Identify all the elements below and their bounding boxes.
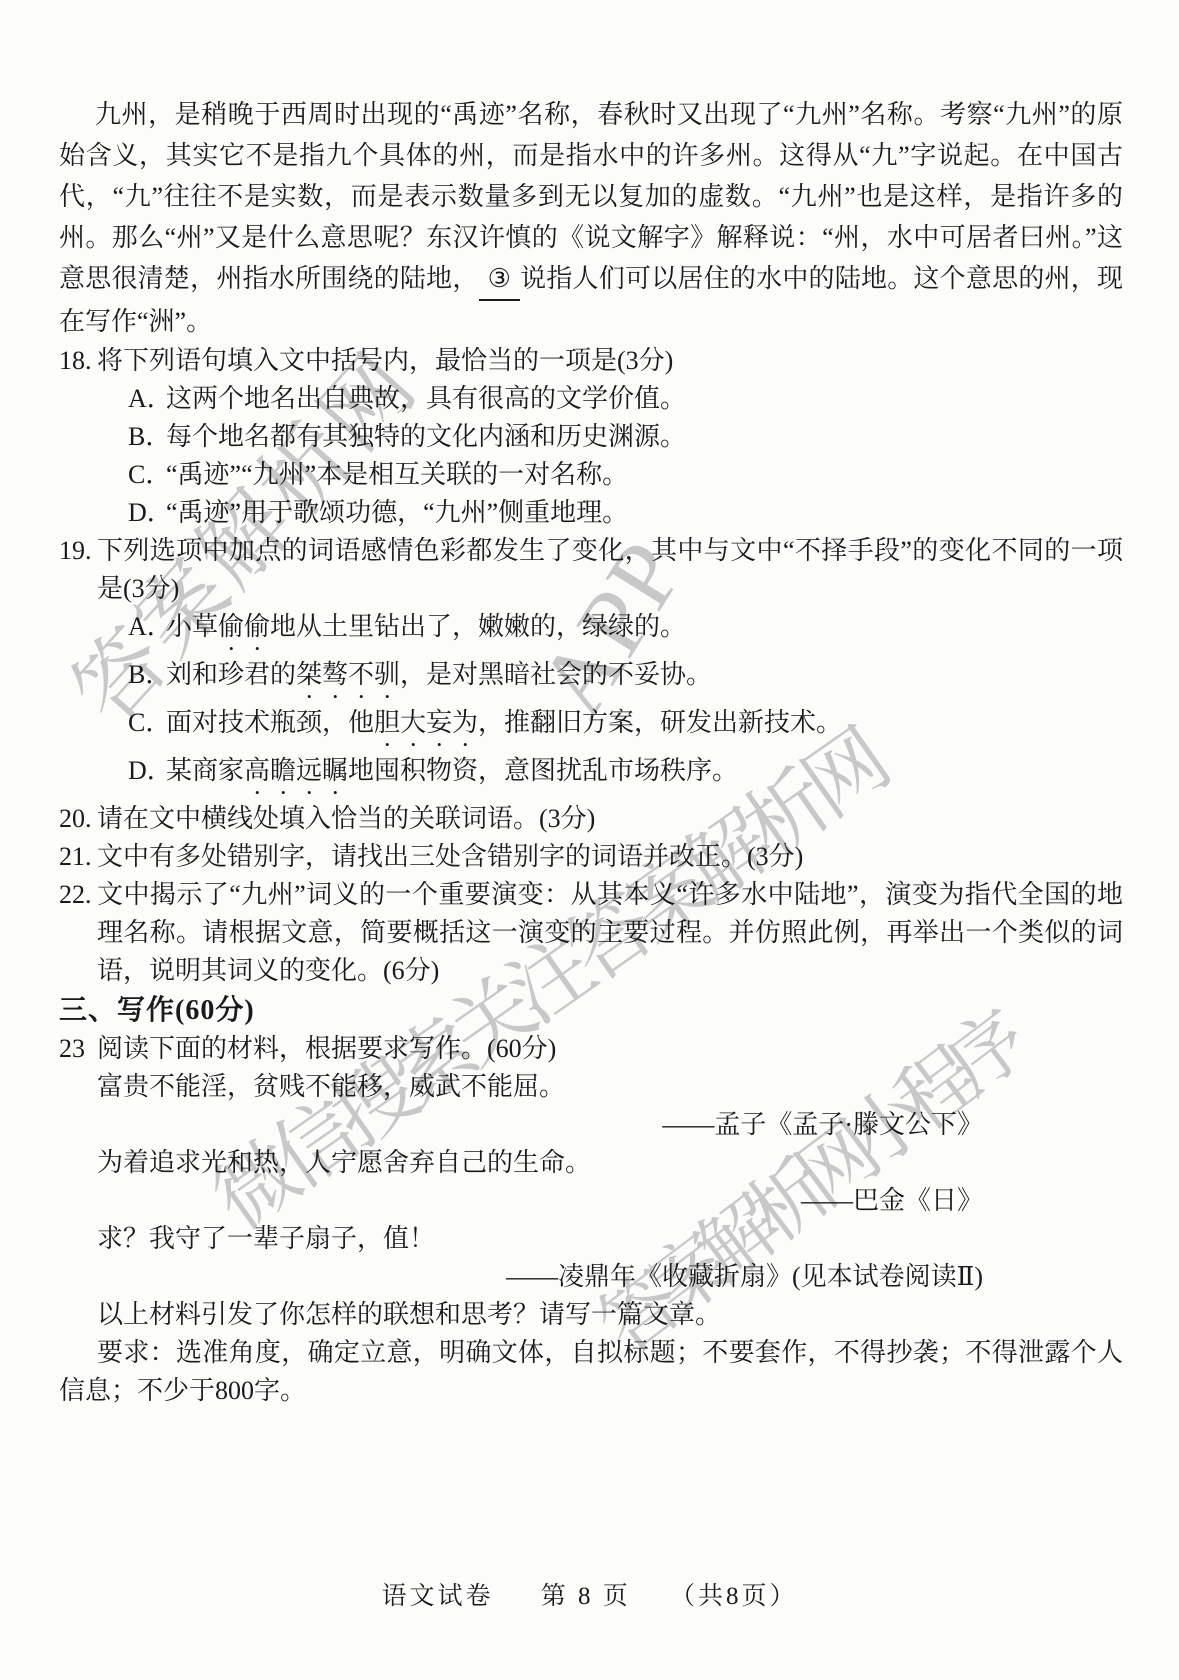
- question-19-option-c: C．面对技术瓶颈，他胆大妄为，推翻旧方案，研发出新技术。: [59, 704, 1123, 752]
- option-text: 面对技术瓶颈，他: [166, 708, 374, 737]
- emphasized-word: 桀骜不驯: [296, 660, 400, 689]
- option-label: B．: [128, 656, 171, 694]
- option-text: 这两个地名出自典故，具有很高的文学价值。: [166, 384, 686, 413]
- option-text: “禹迹”用于歌颂功德，“九州”侧重地理。: [166, 498, 628, 527]
- footer-page-number: 第 8 页: [541, 1583, 631, 1610]
- question-19-option-b: B．刘和珍君的桀骜不驯，是对黑暗社会的不妥协。: [59, 656, 1123, 704]
- option-label: B．: [128, 418, 171, 456]
- writing-requirements: 要求：选准角度，确定立意，明确文体，自拟标题；不要套作，不得抄袭；不得泄露个人信…: [59, 1334, 1123, 1410]
- question-23-number: 23: [59, 1030, 85, 1068]
- question-22-stem: 文中揭示了“九州”词义的一个重要演变：从其本义“许多水中陆地”，演变为指代全国的…: [97, 880, 1123, 985]
- emphasized-word: 胆大妄为: [374, 708, 478, 737]
- question-19-option-a: A．小草偷偷地从土里钻出了，嫩嫩的，绿绿的。: [59, 608, 1123, 656]
- passage-paragraph: 九州，是稍晚于西周时出现的“禹迹”名称，春秋时又出现了“九州”名称。考察“九州”…: [59, 94, 1123, 342]
- question-18-option-a: A． 这两个地名出自典故，具有很高的文学价值。: [59, 380, 1123, 418]
- material-quote-1: 富贵不能淫，贫贱不能移，威武不能屈。: [59, 1068, 1123, 1106]
- option-text: 每个地名都有其独特的文化内涵和历史渊源。: [166, 422, 686, 451]
- question-19-option-d: D．某商家高瞻远瞩地囤积物资，意图扰乱市场秩序。: [59, 752, 1123, 800]
- material-source-3: ——凌鼎年《收藏折扇》(见本试卷阅读Ⅱ): [59, 1258, 1123, 1296]
- writing-prompt: 以上材料引发了你怎样的联想和思考？请写一篇文章。: [59, 1296, 1123, 1334]
- option-label: C．: [128, 456, 171, 494]
- question-20: 20. 请在文中横线处填入恰当的关联词语。(3分): [59, 800, 1123, 838]
- question-19-number: 19.: [59, 532, 92, 570]
- option-label: D．: [128, 494, 173, 532]
- emphasized-word: 高瞻远瞩: [244, 756, 348, 785]
- question-19: 19. 下列选项中加点的词语感情色彩都发生了变化，其中与文中“不择手段”的变化不…: [59, 532, 1123, 608]
- question-18-option-c: C． “禹迹”“九州”本是相互关联的一对名称。: [59, 456, 1123, 494]
- question-18-number: 18.: [59, 342, 92, 380]
- option-label: A．: [128, 380, 173, 418]
- exam-paper-page: 答案解析网 APP 微信搜索关注答案解析网 答案解析网小程序 九州，是稍晚于西周…: [0, 0, 1179, 1680]
- question-21-number: 21.: [59, 838, 92, 876]
- question-21-stem: 文中有多处错别字，请找出三处含错别字的词语并改正。(3分): [97, 842, 803, 871]
- option-label: A．: [128, 608, 173, 646]
- question-18: 18. 将下列语句填入文中括号内，最恰当的一项是(3分): [59, 342, 1123, 380]
- question-19-stem: 下列选项中加点的词语感情色彩都发生了变化，其中与文中“不择手段”的变化不同的一项…: [97, 536, 1123, 603]
- question-18-option-b: B． 每个地名都有其独特的文化内涵和历史渊源。: [59, 418, 1123, 456]
- question-22-number: 22.: [59, 876, 92, 914]
- question-23: 23 阅读下面的材料，根据要求写作。(60分): [59, 1030, 1123, 1068]
- emphasized-word: 偷偷: [218, 612, 270, 641]
- section-heading-writing: 三、写作(60分): [59, 992, 1123, 1030]
- material-source-1: ——孟子《孟子·滕文公下》: [59, 1106, 1123, 1144]
- footer-paper-title: 语文试卷: [381, 1583, 493, 1610]
- material-quote-3: 求？我守了一辈子扇子，值！: [59, 1220, 1123, 1258]
- option-text: ，推翻旧方案，研发出新技术。: [478, 708, 842, 737]
- option-label: C．: [128, 704, 171, 742]
- question-20-number: 20.: [59, 800, 92, 838]
- fill-blank-marker: ③: [479, 258, 520, 301]
- option-text: 刘和珍君的: [166, 660, 296, 689]
- question-18-stem: 将下列语句填入文中括号内，最恰当的一项是(3分): [97, 346, 673, 375]
- exam-content: 九州，是稍晚于西周时出现的“禹迹”名称，春秋时又出现了“九州”名称。考察“九州”…: [59, 94, 1123, 1410]
- option-text: 地囤积物资，意图扰乱市场秩序。: [348, 756, 738, 785]
- page-footer: 语文试卷 第 8 页 （共8页）: [0, 1576, 1179, 1612]
- question-18-option-d: D． “禹迹”用于歌颂功德，“九州”侧重地理。: [59, 494, 1123, 532]
- question-23-stem: 阅读下面的材料，根据要求写作。(60分): [97, 1034, 556, 1063]
- option-text: “禹迹”“九州”本是相互关联的一对名称。: [166, 460, 628, 489]
- question-21: 21. 文中有多处错别字，请找出三处含错别字的词语并改正。(3分): [59, 838, 1123, 876]
- footer-total-pages: （共8页）: [670, 1583, 798, 1610]
- question-20-stem: 请在文中横线处填入恰当的关联词语。(3分): [97, 804, 595, 833]
- option-text: 地从土里钻出了，嫩嫩的，绿绿的。: [270, 612, 686, 641]
- circled-number-3: ③: [488, 264, 511, 293]
- option-text: 小草: [166, 612, 218, 641]
- option-text: 某商家: [166, 756, 244, 785]
- option-label: D．: [128, 752, 173, 790]
- material-quote-2: 为着追求光和热，人宁愿舍弃自己的生命。: [59, 1144, 1123, 1182]
- question-22: 22. 文中揭示了“九州”词义的一个重要演变：从其本义“许多水中陆地”，演变为指…: [59, 876, 1123, 990]
- material-source-2: ——巴金《日》: [59, 1182, 1123, 1220]
- option-text: ，是对黑暗社会的不妥协。: [400, 660, 712, 689]
